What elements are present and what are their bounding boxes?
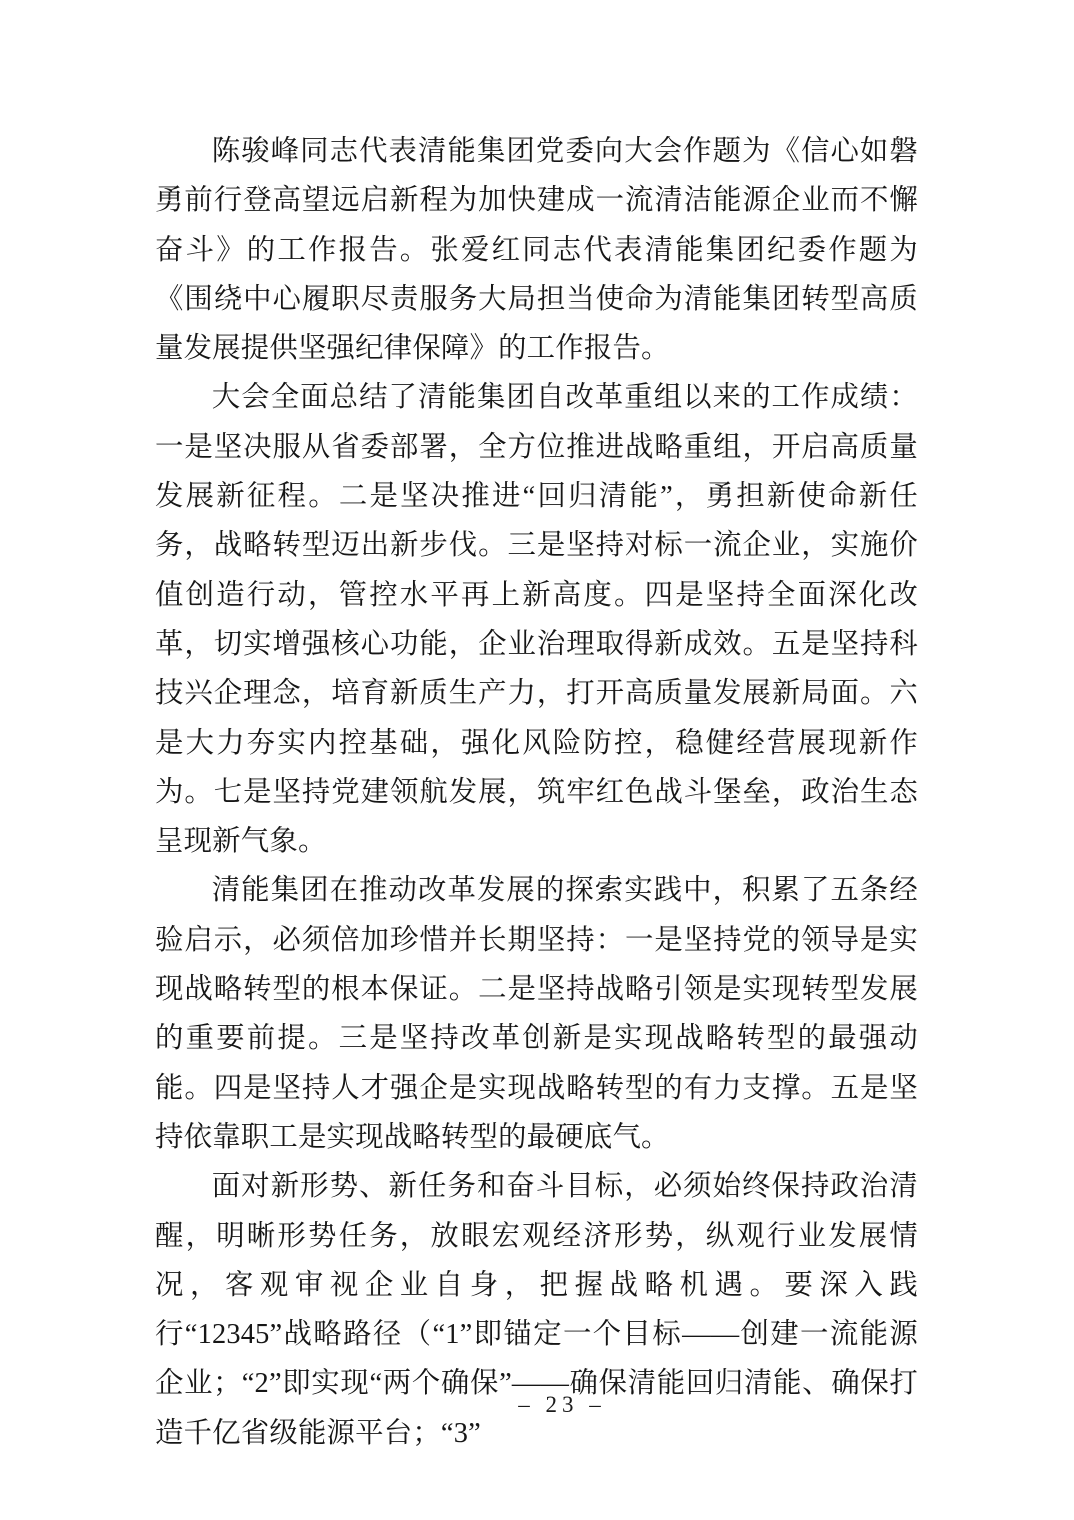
paragraph-work-achievements: 大会全面总结了清能集团自改革重组以来的工作成绩：一是坚决服从省委部署，全方位推进… bbox=[155, 373, 918, 866]
document-page: 陈骏峰同志代表清能集团党委向大会作题为《信心如磐勇前行登高望远启新程为加快建成一… bbox=[0, 0, 1074, 1520]
document-body: 陈骏峰同志代表清能集团党委向大会作题为《信心如磐勇前行登高望远启新程为加快建成一… bbox=[155, 127, 918, 1458]
paragraph-report-titles: 陈骏峰同志代表清能集团党委向大会作题为《信心如磐勇前行登高望远启新程为加快建成一… bbox=[155, 127, 918, 373]
page-footer: – 23 – bbox=[0, 1392, 1074, 1418]
paragraph-five-experiences: 清能集团在推动改革发展的探索实践中，积累了五条经验启示，必须倍加珍惜并长期坚持：… bbox=[155, 866, 918, 1162]
page-number: – 23 – bbox=[518, 1392, 606, 1418]
